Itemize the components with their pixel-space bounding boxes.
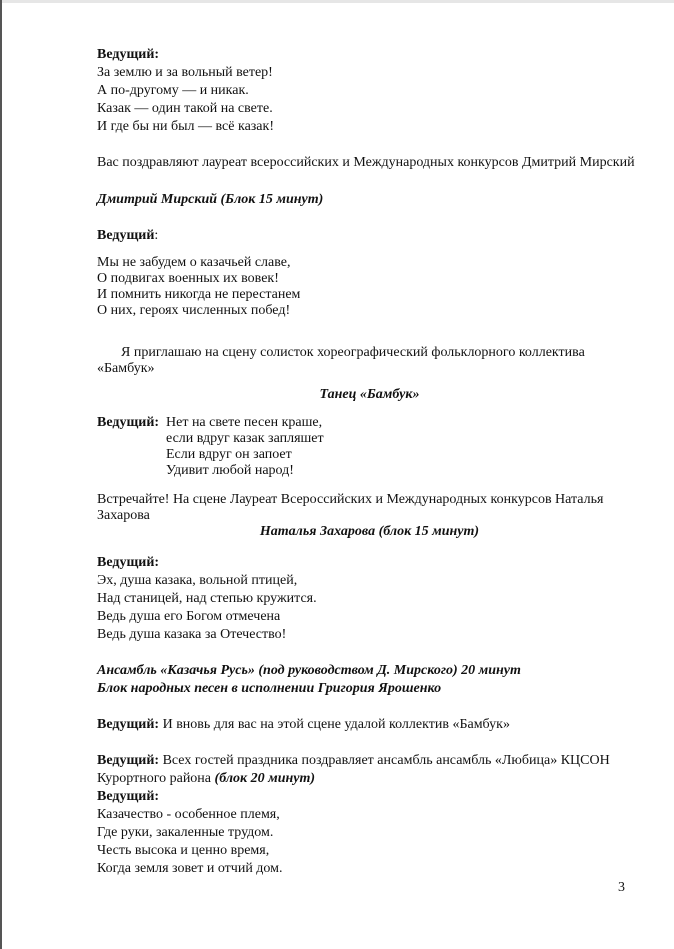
announcement-text: Всех гостей праздника поздравляет ансамб… — [163, 753, 610, 768]
announcement-line: Ведущий: И вновь для вас на этой сцене у… — [97, 716, 510, 734]
verse-line: За землю и за вольный ветер! — [97, 64, 273, 82]
announcement-line: Ведущий: Всех гостей праздника поздравля… — [97, 752, 610, 770]
verse-line: И где бы ни был — всё казак! — [97, 118, 274, 136]
speaker-label: Ведущий: — [97, 717, 159, 732]
verse-line: А по-другому — и никак. — [97, 82, 249, 100]
verse-line: О них, героях численных побед! — [97, 302, 290, 320]
speaker-label: Ведущий: — [97, 414, 159, 432]
duration-note: (блок 20 минут) — [215, 771, 316, 786]
announcement-line: Курортного района (блок 20 минут) — [97, 770, 315, 788]
verse-line: Эх, душа казака, вольной птицей, — [97, 572, 297, 590]
page-top-border — [0, 0, 674, 3]
announcement-text: Встречайте! На сцене Лауреат Всероссийск… — [97, 491, 603, 509]
speaker-label: Ведущий: — [97, 788, 159, 806]
page-left-border — [0, 0, 2, 949]
performer-title: Дмитрий Мирский (Блок 15 минут) — [97, 191, 323, 209]
speaker-label: Ведущий: — [97, 753, 159, 768]
announcement-text: Курортного района — [97, 771, 215, 786]
ensemble-subtitle: Блок народных песен в исполнении Григори… — [97, 680, 441, 698]
speaker-label: Ведущий: — [97, 554, 159, 572]
announcement-text: И вновь для вас на этой сцене удалой кол… — [163, 717, 510, 732]
verse-line: Над станицей, над степью кружится. — [97, 590, 317, 608]
page-number: 3 — [618, 879, 625, 897]
verse-line: Где руки, закаленные трудом. — [97, 824, 273, 842]
invite-text: Я приглашаю на сцену солисток хореографи… — [121, 344, 585, 362]
invite-text: «Бамбук» — [97, 360, 155, 378]
verse-line: Ведь душа казака за Отечество! — [97, 626, 286, 644]
dance-title: Танец «Бамбук» — [97, 386, 642, 404]
speaker-label: Ведущий: — [97, 227, 158, 245]
speaker-label-name: Ведущий — [97, 228, 154, 243]
performer-title: Наталья Захарова (блок 15 минут) — [97, 523, 642, 541]
verse-line: Казак — один такой на свете. — [97, 100, 273, 118]
congratulation-text: Вас поздравляют лауреат всероссийских и … — [97, 154, 635, 172]
verse-line: Удивит любой народ! — [166, 462, 294, 480]
verse-line: Ведь душа его Богом отмечена — [97, 608, 280, 626]
speaker-label-colon: : — [154, 228, 158, 243]
verse-line: Когда земля зовет и отчий дом. — [97, 860, 283, 878]
ensemble-title: Ансамбль «Казачья Русь» (под руководство… — [97, 662, 521, 680]
verse-line: Казачество - особенное племя, — [97, 806, 280, 824]
verse-line: Честь высока и ценно время, — [97, 842, 269, 860]
speaker-label: Ведущий: — [97, 46, 159, 64]
document-page: Ведущий: За землю и за вольный ветер! А … — [0, 0, 674, 949]
